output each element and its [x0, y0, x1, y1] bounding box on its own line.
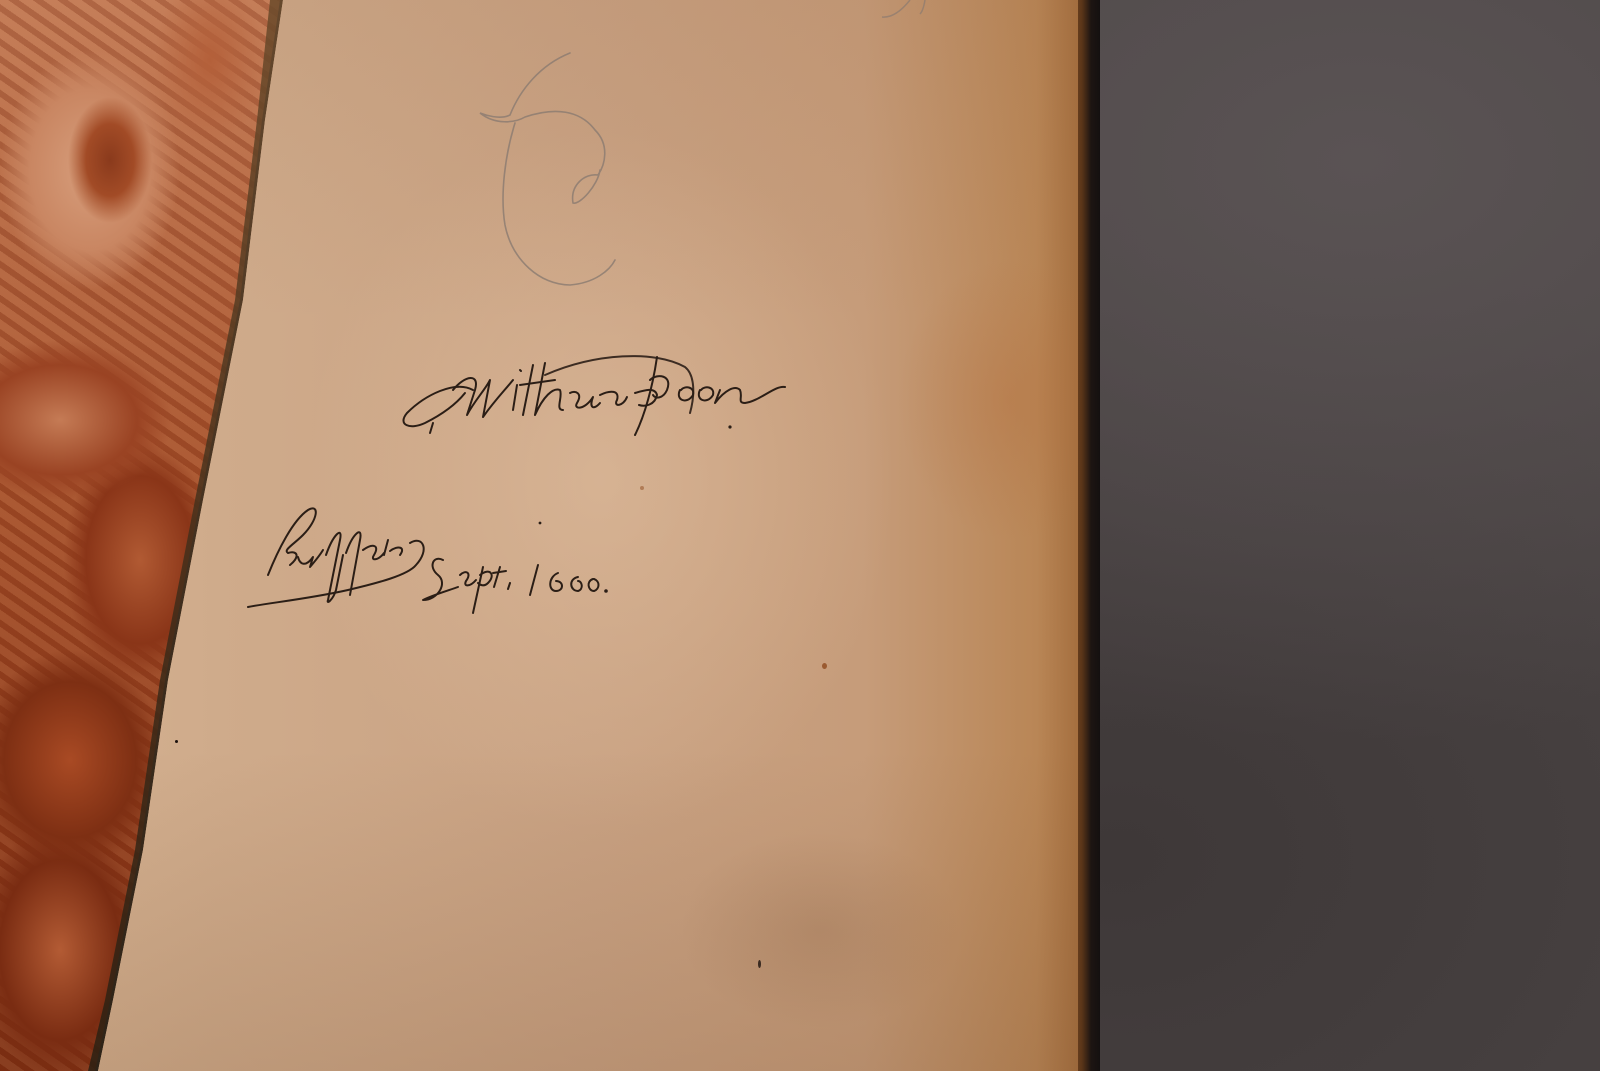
- foxing-spot: [640, 486, 644, 490]
- photo-scene: C partial pencil mark (cut off): [0, 0, 1600, 1071]
- foxing-spot: [758, 960, 761, 968]
- foxing-spot: [175, 740, 178, 743]
- foxing-spot: [822, 663, 827, 669]
